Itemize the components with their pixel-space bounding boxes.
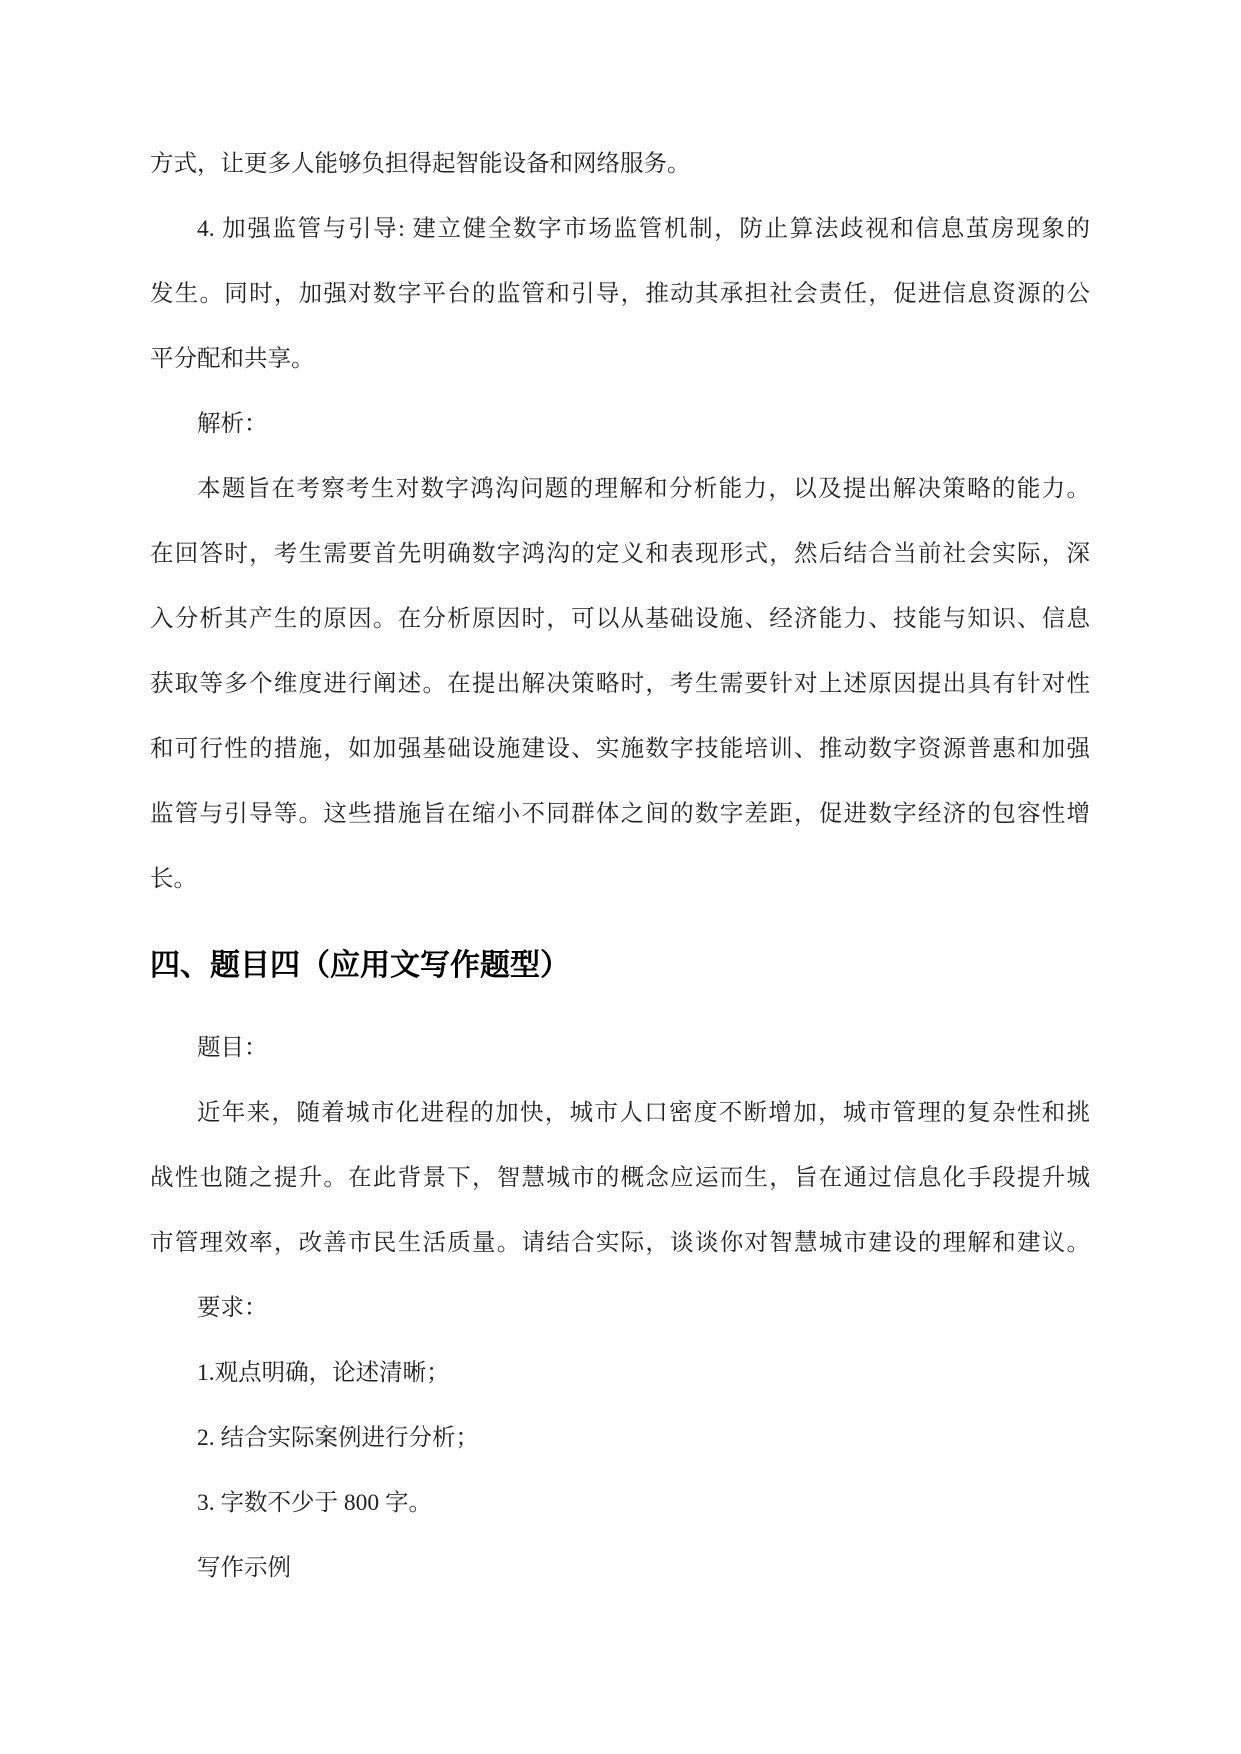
- analysis-label: 解析：: [150, 392, 1090, 457]
- section-strategy-tail: 方式，让更多人能够负担得起智能设备和网络服务。 4. 加强监管与引导: 建立健全…: [150, 132, 1090, 392]
- section-question-four: 四、题目四（应用文写作题型） 题目： 近年来，随着城市化进程的加快，城市人口密度…: [150, 933, 1090, 1601]
- body-line: 本题旨在考察考生对数字鸿沟问题的理解和分析能力，以及提出解决策略的能力。: [150, 457, 1090, 522]
- body-line: 获取等多个维度进行阐述。在提出解决策略时，考生需要针对上述原因提出具有针对性: [150, 652, 1090, 717]
- requirement-item: 1.观点明确，论述清晰；: [150, 1341, 1090, 1406]
- question-label: 题目：: [150, 1016, 1090, 1081]
- requirement-item: 3. 字数不少于 800 字。: [150, 1471, 1090, 1536]
- section-heading: 四、题目四（应用文写作题型）: [150, 933, 1090, 999]
- body-line: 长。: [150, 847, 1090, 912]
- body-line: 方式，让更多人能够负担得起智能设备和网络服务。: [150, 132, 1090, 197]
- section-analysis: 解析： 本题旨在考察考生对数字鸿沟问题的理解和分析能力，以及提出解决策略的能力。…: [150, 392, 1090, 912]
- body-line: 平分配和共享。: [150, 327, 1090, 392]
- body-line: 和可行性的措施，如加强基础设施建设、实施数字技能培训、推动数字资源普惠和加强: [150, 717, 1090, 782]
- body-line: 4. 加强监管与引导: 建立健全数字市场监管机制，防止算法歧视和信息茧房现象的: [150, 197, 1090, 262]
- body-line: 市管理效率，改善市民生活质量。请结合实际，谈谈你对智慧城市建设的理解和建议。: [150, 1211, 1090, 1276]
- requirements-label: 要求：: [150, 1276, 1090, 1341]
- body-line: 入分析其产生的原因。在分析原因时，可以从基础设施、经济能力、技能与知识、信息: [150, 587, 1090, 652]
- requirement-item: 2. 结合实际案例进行分析；: [150, 1406, 1090, 1471]
- body-line: 近年来，随着城市化进程的加快，城市人口密度不断增加，城市管理的复杂性和挑: [150, 1081, 1090, 1146]
- body-line: 战性也随之提升。在此背景下，智慧城市的概念应运而生，旨在通过信息化手段提升城: [150, 1146, 1090, 1211]
- document-page: 方式，让更多人能够负担得起智能设备和网络服务。 4. 加强监管与引导: 建立健全…: [0, 0, 1241, 1754]
- body-line: 监管与引导等。这些措施旨在缩小不同群体之间的数字差距，促进数字经济的包容性增: [150, 782, 1090, 847]
- body-line: 发生。同时，加强对数字平台的监管和引导，推动其承担社会责任，促进信息资源的公: [150, 262, 1090, 327]
- body-line: 在回答时，考生需要首先明确数字鸿沟的定义和表现形式，然后结合当前社会实际，深: [150, 522, 1090, 587]
- writing-example-label: 写作示例: [150, 1536, 1090, 1601]
